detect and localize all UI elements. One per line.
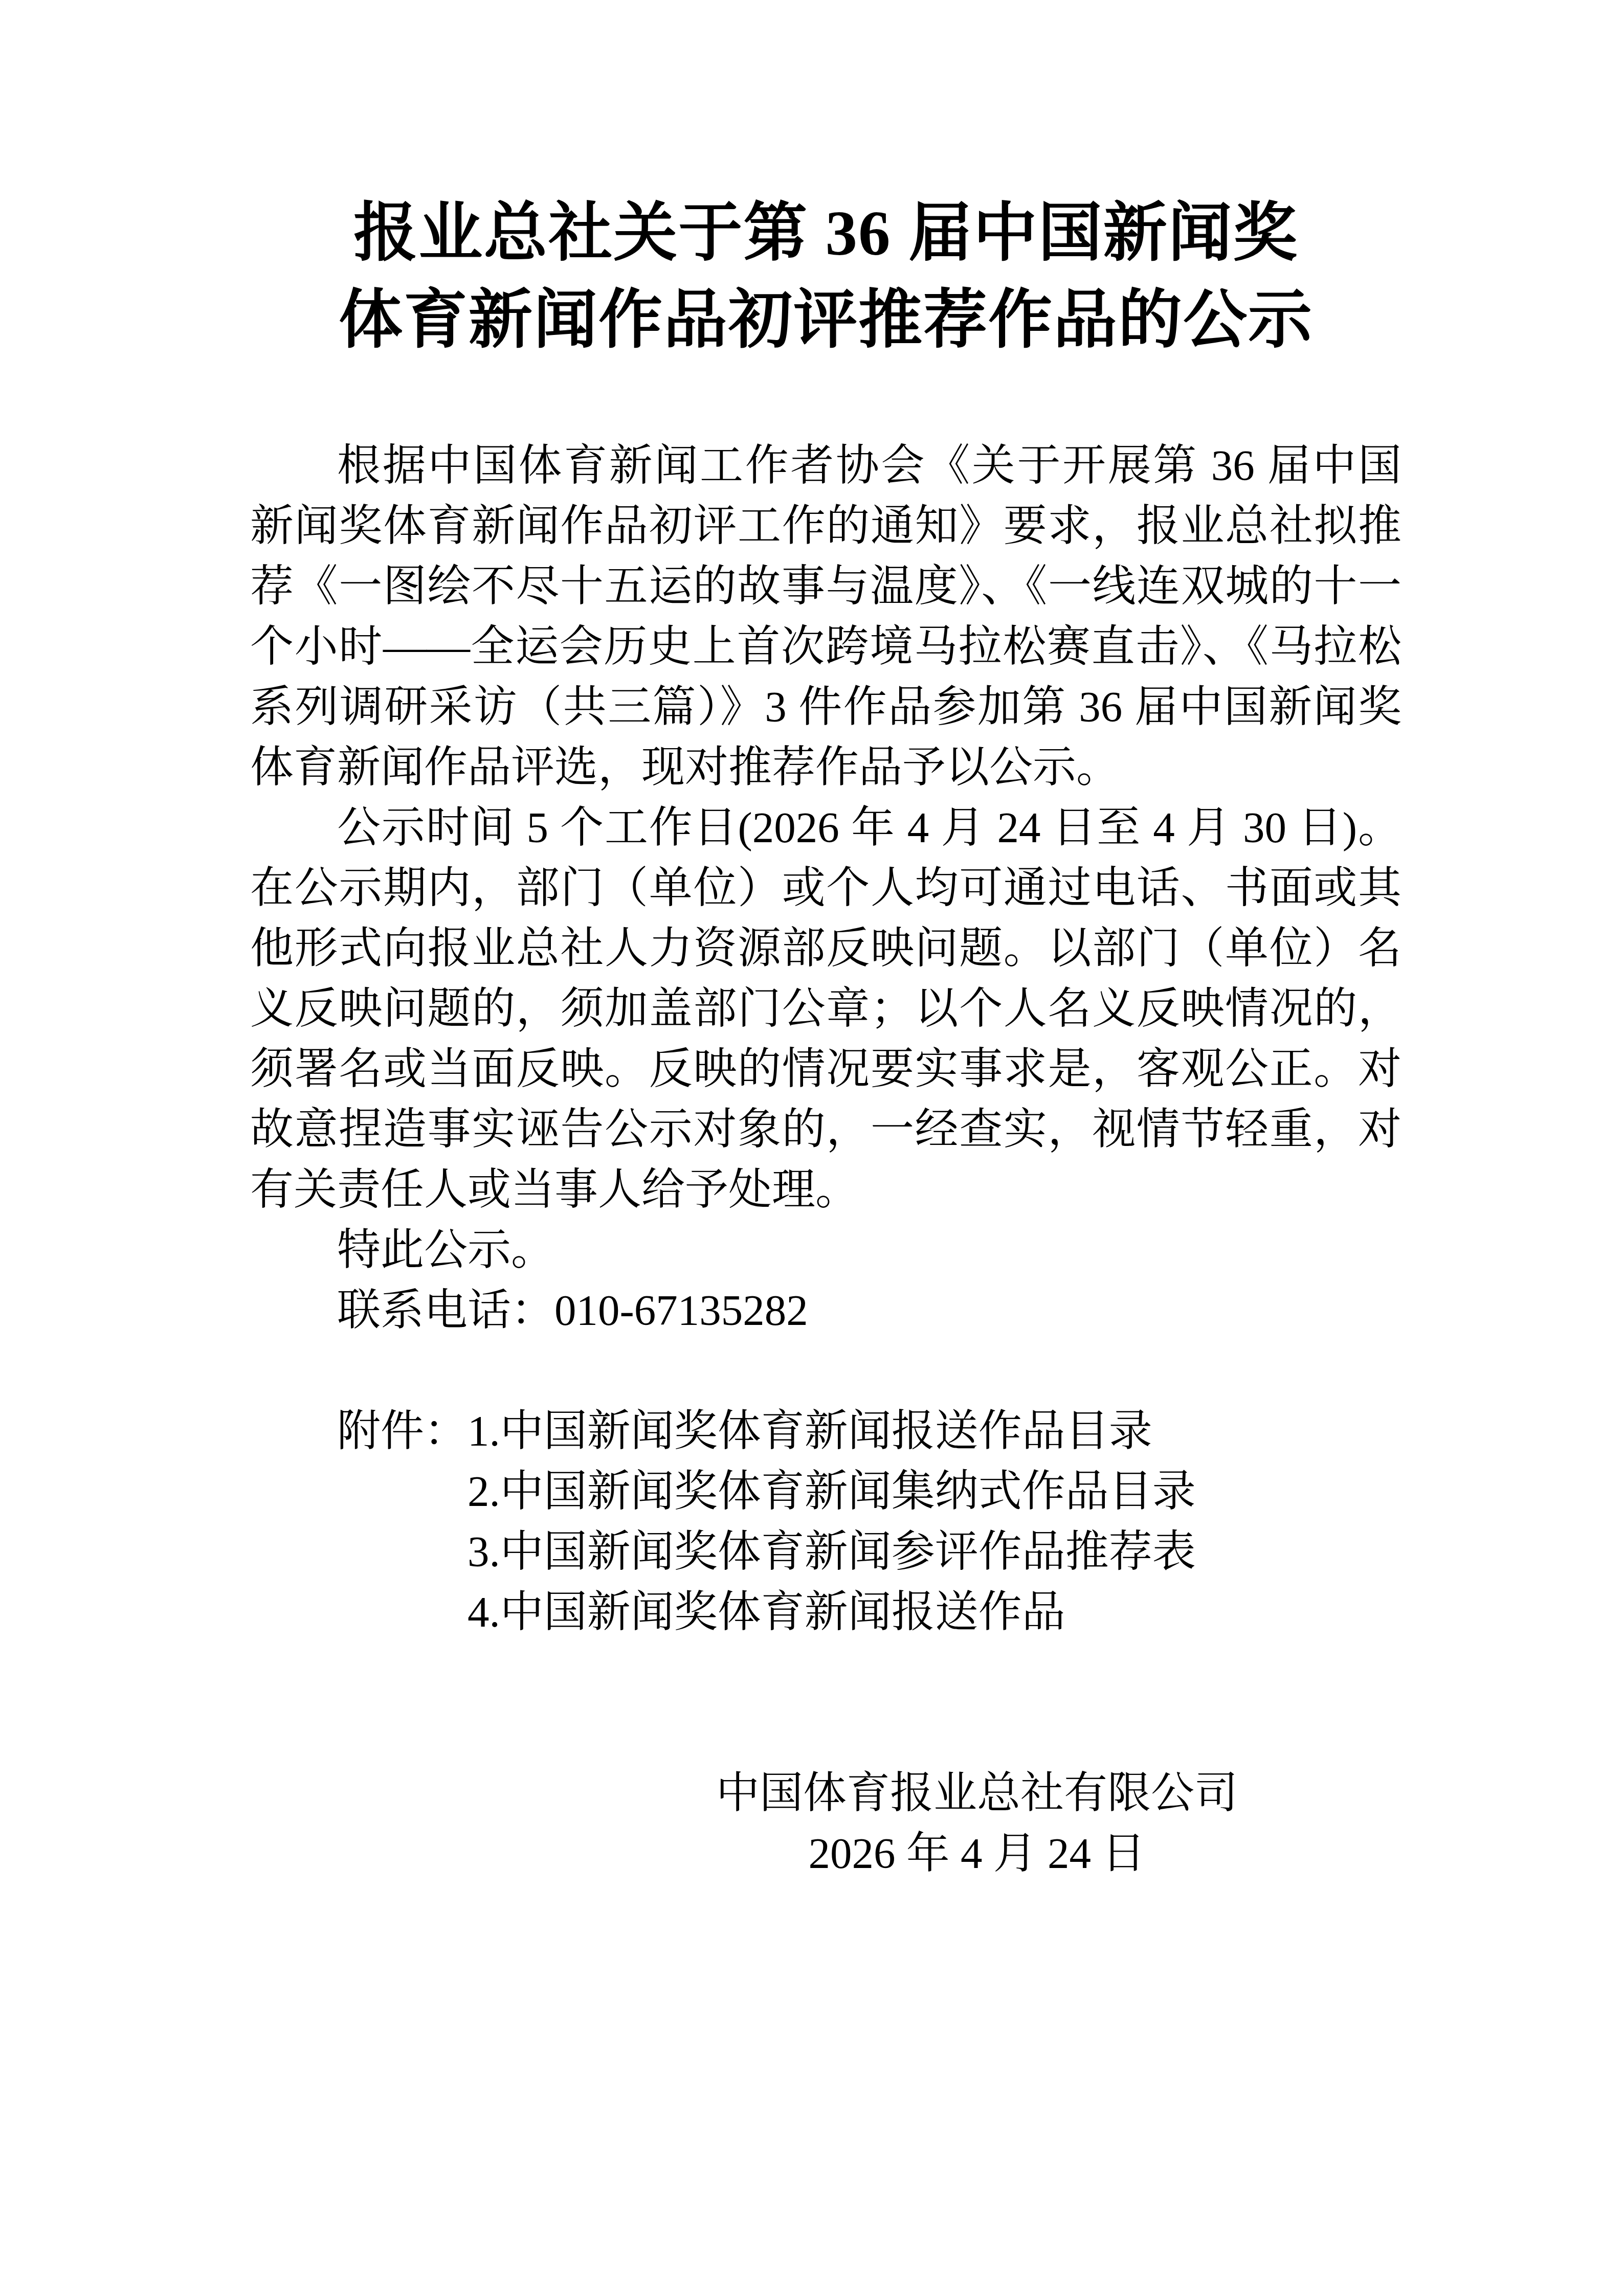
attachment-item-4: 4.中国新闻奖体育新闻报送作品 xyxy=(250,1582,1401,1642)
attachment-item-1: 1.中国新闻奖体育新闻报送作品目录 xyxy=(468,1407,1152,1455)
attachment-item-2: 2.中国新闻奖体育新闻集纳式作品目录 xyxy=(250,1461,1401,1522)
attachments-list: 附件：1.中国新闻奖体育新闻报送作品目录 2.中国新闻奖体育新闻集纳式作品目录 … xyxy=(250,1401,1401,1642)
signature-block: 中国体育报业总社有限公司 2026 年 4 月 24 日 xyxy=(716,1763,1238,1884)
attachments-label: 附件： xyxy=(337,1407,468,1455)
title-line-2: 体育新闻作品初评推荐作品的公示 xyxy=(250,277,1401,364)
paragraph-recommendation-basis: 根据中国体育新闻工作者协会《关于开展第 36 届中国新闻奖体育新闻作品初评工作的… xyxy=(250,436,1401,798)
signature-date: 2026 年 4 月 24 日 xyxy=(716,1824,1238,1884)
paragraph-publicity-period: 公示时间 5 个工作日(2026 年 4 月 24 日至 4 月 30 日)。在… xyxy=(250,798,1401,1220)
document-title: 报业总社关于第 36 届中国新闻奖 体育新闻作品初评推荐作品的公示 xyxy=(250,190,1401,364)
signature-company: 中国体育报业总社有限公司 xyxy=(716,1763,1238,1824)
contact-phone-line: 联系电话：010-67135282 xyxy=(250,1280,1401,1341)
attachment-line-1: 附件：1.中国新闻奖体育新闻报送作品目录 xyxy=(250,1401,1401,1461)
title-line-1: 报业总社关于第 36 届中国新闻奖 xyxy=(250,190,1401,277)
paragraph-closing-statement: 特此公示。 xyxy=(250,1220,1401,1280)
contact-phone-number: 010-67135282 xyxy=(554,1287,808,1335)
document-page: 报业总社关于第 36 届中国新闻奖 体育新闻作品初评推荐作品的公示 根据中国体育… xyxy=(0,0,1624,2296)
document-body: 根据中国体育新闻工作者协会《关于开展第 36 届中国新闻奖体育新闻作品初评工作的… xyxy=(250,436,1401,1884)
attachment-item-3: 3.中国新闻奖体育新闻参评作品推荐表 xyxy=(250,1522,1401,1582)
contact-phone-label: 联系电话： xyxy=(337,1287,554,1335)
